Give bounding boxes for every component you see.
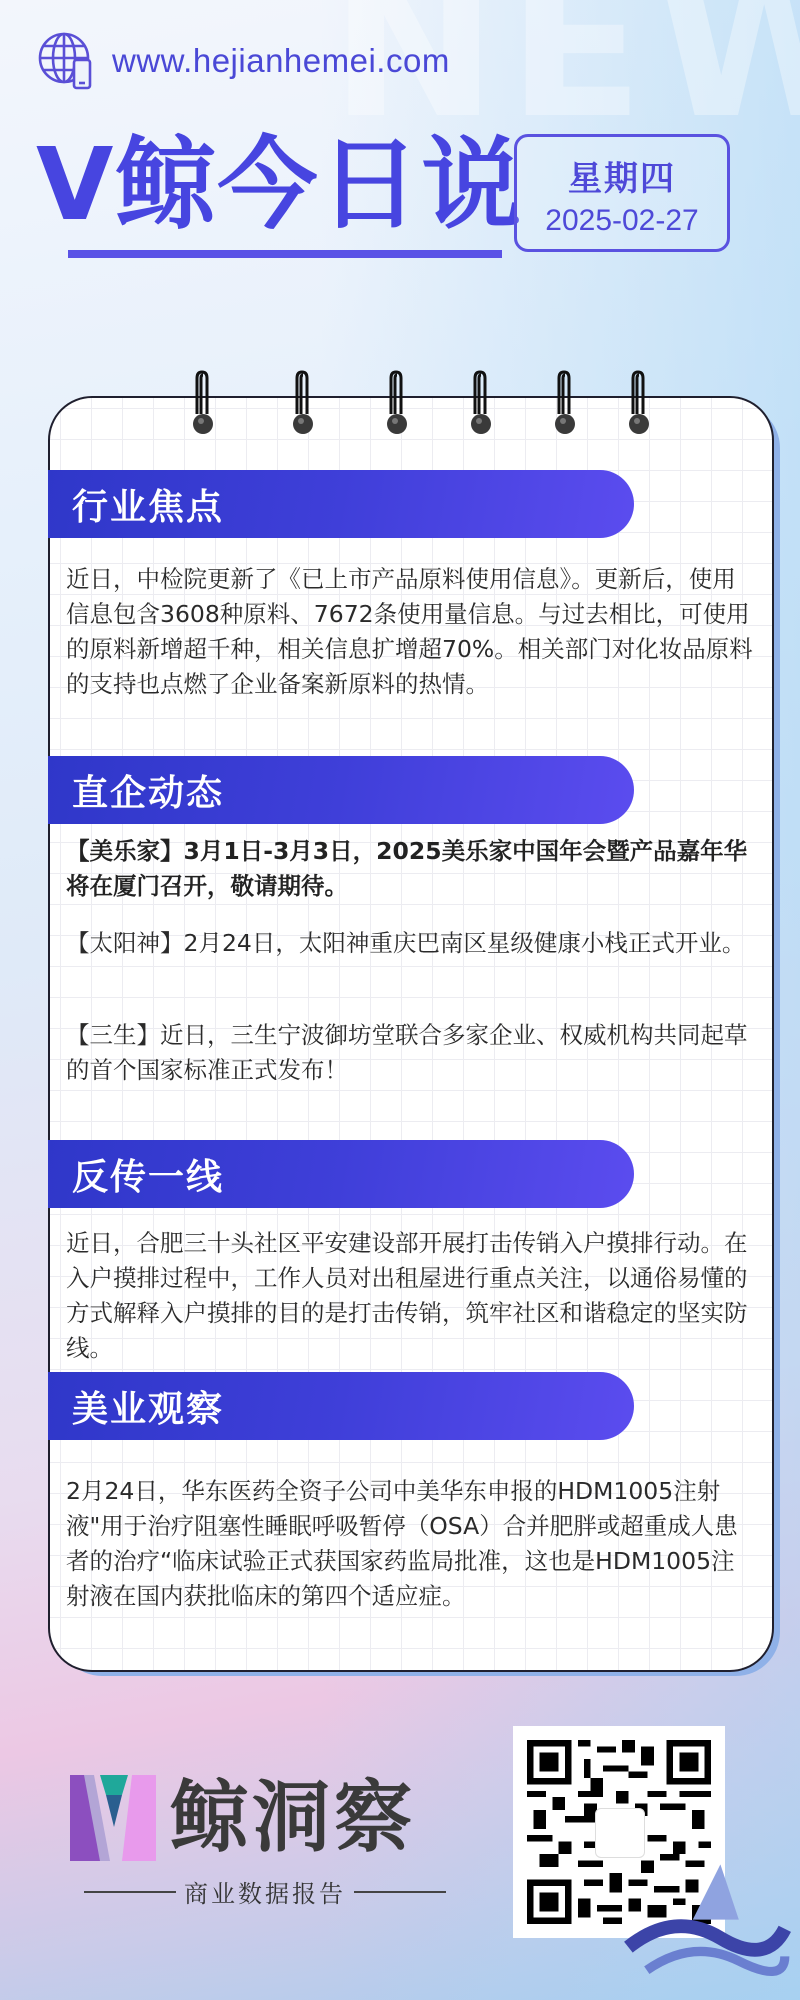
news-item: 【太阳神】2月24日，太阳神重庆巴南区星级健康小栈正式开业。 [66,926,756,961]
section-title: 反传一线 [72,1149,224,1200]
title-underline [68,250,502,258]
binder-ring-icon [552,370,578,436]
brand-subtitle: 商业数据报告 [84,1874,446,1909]
binder-ring-icon [468,370,494,436]
site-link[interactable]: www.hejianhemei.com [36,30,450,92]
qr-logo [595,1808,645,1858]
section-title: 直企动态 [72,765,224,816]
section-title: 美业观察 [72,1381,224,1432]
section-title: 行业焦点 [72,479,224,530]
brand-name: 鲸洞察 [170,1775,416,1861]
site-url[interactable]: www.hejianhemei.com [112,42,450,80]
brand-subtitle-text: 商业数据报告 [184,1874,346,1909]
section-paragraph: 近日，中检院更新了《已上市产品原料使用信息》。更新后，使用信息包含3608种原料… [66,562,756,702]
section-paragraph: 2月24日，华东医药全资子公司中美华东申报的HDM1005注射液"用于治疗阻塞性… [66,1474,756,1614]
section-banner-company-news: 直企动态 [48,756,634,824]
globe-phone-icon [36,30,98,92]
wave-logo-icon [610,1823,794,2000]
binder-ring-icon [190,370,216,436]
date: 2025-02-27 [517,204,727,238]
news-item: 【美乐家】3月1日-3月3日，2025美乐家中国年会暨产品嘉年华将在厦门召开，敬… [66,834,756,904]
binder-ring-icon [626,370,652,436]
page-title: V鲸今日说 [36,130,523,240]
divider [84,1891,176,1893]
brand-logo: 鲸洞察 [70,1775,416,1861]
v-logo-icon [70,1775,156,1861]
notebook-card: 行业焦点 近日，中检院更新了《已上市产品原料使用信息》。更新后，使用信息包含36… [48,396,774,1672]
binder-ring-icon [290,370,316,436]
binder-ring-icon [384,370,410,436]
section-banner-anti-mlm: 反传一线 [48,1140,634,1208]
section-banner-industry-focus: 行业焦点 [48,470,634,538]
section-paragraph: 近日，合肥三十头社区平安建设部开展打击传销入户摸排行动。在入户摸排过程中，工作人… [66,1226,756,1366]
qr-code[interactable] [513,1726,725,1938]
date-badge: 星期四 2025-02-27 [514,134,730,252]
section-banner-beauty-observation: 美业观察 [48,1372,634,1440]
divider [354,1891,446,1893]
weekday: 星期四 [517,151,727,200]
news-item: 【三生】近日，三生宁波御坊堂联合多家企业、权威机构共同起草的首个国家标准正式发布… [66,1018,756,1088]
